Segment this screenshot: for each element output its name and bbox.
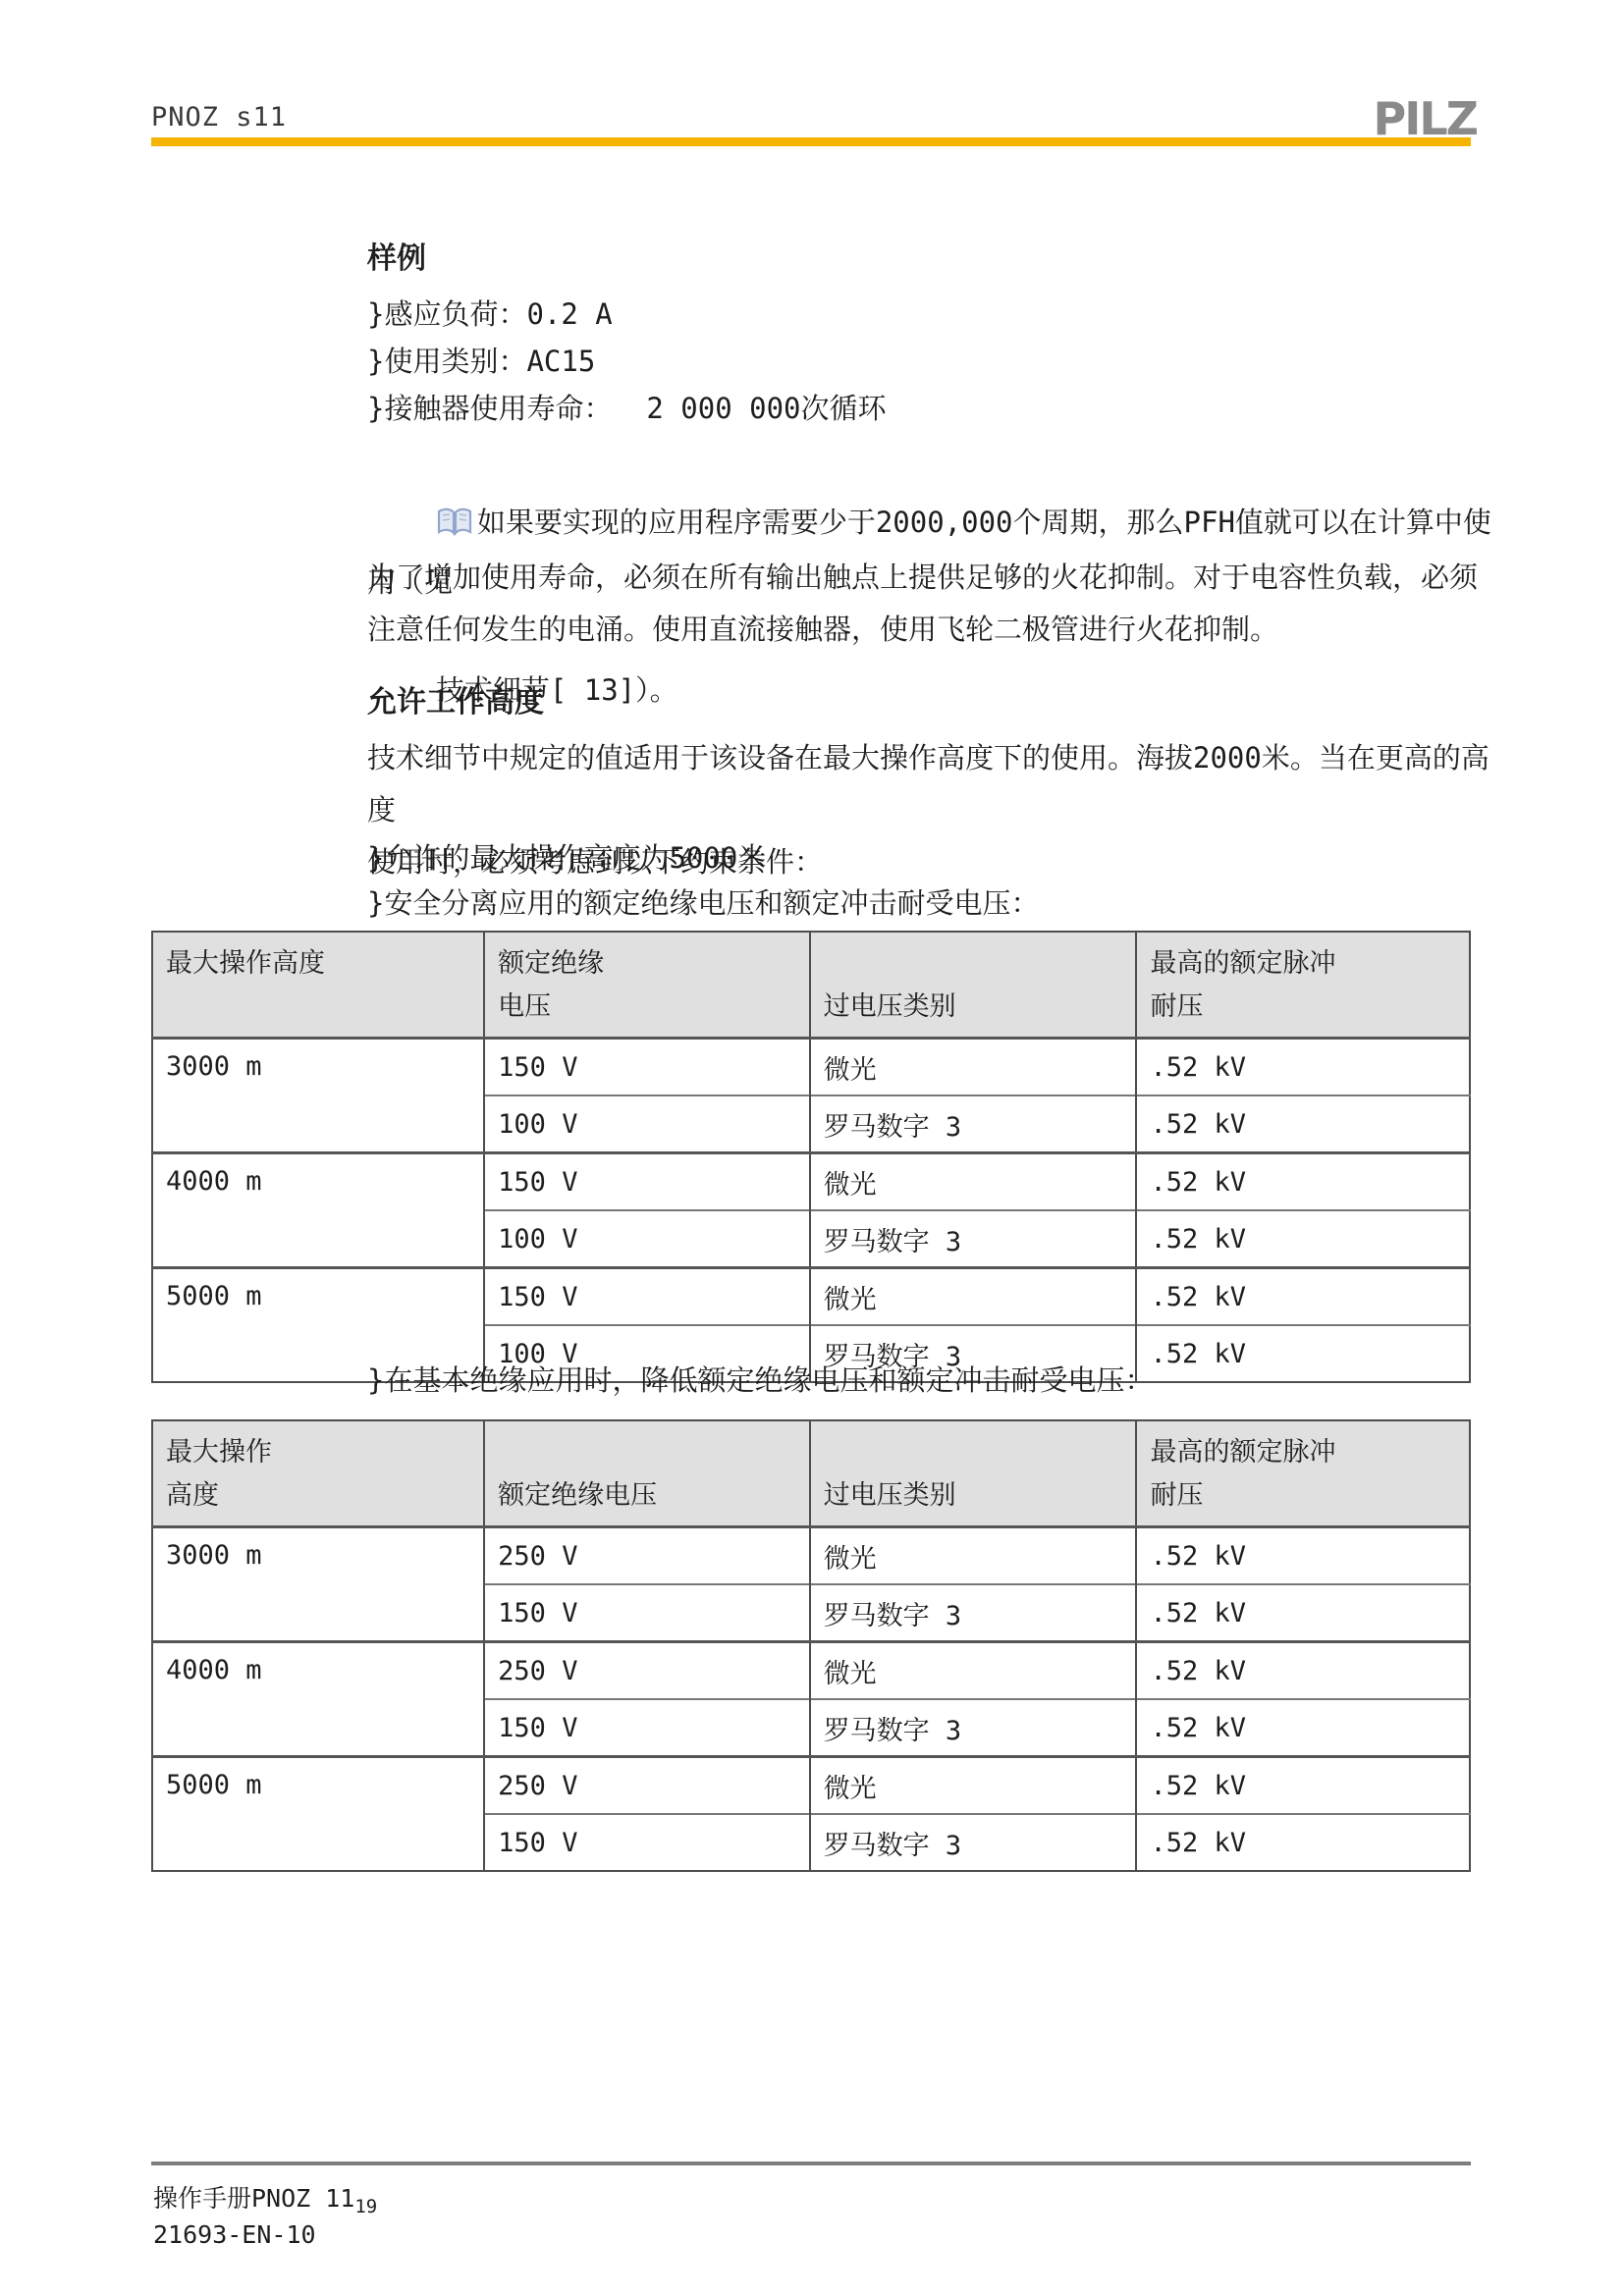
table-row: 4000 m150 V微光.52 kV — [152, 1153, 1470, 1211]
pilz-logo: PILZ — [1374, 96, 1478, 141]
table-row: 3000 m250 V微光.52 kV — [152, 1527, 1470, 1585]
table-cell: 罗马数字 3 — [810, 1699, 1137, 1757]
max-height-cell: 3000 m — [152, 1039, 484, 1153]
safe-separation-bullet: }安全分离应用的额定绝缘电压和额定冲击耐受电压： — [367, 880, 1496, 927]
sample-bullet-list: }感应负荷：0.2 A}使用类别：AC15}接触器使用寿命： 2 000 000… — [367, 291, 1496, 432]
table-cell: .52 kV — [1136, 1527, 1470, 1585]
column-header: 过电压类别 — [810, 1420, 1137, 1527]
table-row: 5000 m150 V微光.52 kV — [152, 1268, 1470, 1326]
column-header: 额定绝缘电压 — [484, 1420, 809, 1527]
table-cell: 微光 — [810, 1039, 1137, 1096]
table-cell: 150 V — [484, 1268, 809, 1326]
column-header: 最大操作 高度 — [152, 1420, 484, 1527]
table-cell: 150 V — [484, 1039, 809, 1096]
altitude-section-title: 允许工作高度 — [367, 683, 1496, 722]
document-id: PNOZ s11 — [151, 102, 287, 133]
table-cell: 微光 — [810, 1153, 1137, 1211]
max-height-cell: 4000 m — [152, 1642, 484, 1757]
table-cell: 150 V — [484, 1584, 809, 1642]
table-cell: 微光 — [810, 1527, 1137, 1585]
table-row: 3000 m150 V微光.52 kV — [152, 1039, 1470, 1096]
table-cell: 微光 — [810, 1268, 1137, 1326]
table-cell: 150 V — [484, 1814, 809, 1871]
column-header: 额定绝缘 电压 — [484, 932, 809, 1039]
max-altitude-bullet: }允许的最大操作高度为5000米 — [367, 834, 1496, 881]
basic-insulation-voltage-table: 最大操作 高度额定绝缘电压过电压类别最高的额定脉冲 耐压3000 m250 V微… — [151, 1419, 1471, 1872]
footer-doc-code: 21693-EN-10 — [153, 2220, 316, 2249]
table-cell: 罗马数字 3 — [810, 1584, 1137, 1642]
max-height-cell: 3000 m — [152, 1527, 484, 1642]
max-height-cell: 5000 m — [152, 1757, 484, 1872]
page-number: 19 — [354, 2196, 377, 2217]
column-header: 过电压类别 — [810, 932, 1137, 1039]
column-header: 最高的额定脉冲 耐压 — [1136, 1420, 1470, 1527]
table-cell: 100 V — [484, 1210, 809, 1268]
column-header: 最高的额定脉冲 耐压 — [1136, 932, 1470, 1039]
bullet-line: }使用类别：AC15 — [367, 338, 1496, 385]
table-cell: .52 kV — [1136, 1039, 1470, 1096]
table-cell: .52 kV — [1136, 1814, 1470, 1871]
table-cell: 微光 — [810, 1757, 1137, 1815]
safe-separation-voltage-table: 最大操作高度额定绝缘 电压过电压类别最高的额定脉冲 耐压3000 m150 V微… — [151, 931, 1471, 1383]
table-header-row: 最大操作 高度额定绝缘电压过电压类别最高的额定脉冲 耐压 — [152, 1420, 1470, 1527]
table-cell: 150 V — [484, 1153, 809, 1211]
manual-page: PNOZ s11 PILZ 样例 }感应负荷：0.2 A}使用类别：AC15}接… — [0, 0, 1624, 2296]
table-cell: 罗马数字 3 — [810, 1095, 1137, 1153]
paragraph-line: 技术细节中规定的值适用于该设备在最大操作高度下的使用。海拔2000米。当在更高的… — [367, 732, 1496, 836]
table-cell: 250 V — [484, 1642, 809, 1700]
header-accent-bar — [151, 137, 1471, 146]
sample-section-title: 样例 — [367, 240, 1496, 279]
bullet-line: }感应负荷：0.2 A — [367, 291, 1496, 338]
table-cell: .52 kV — [1136, 1699, 1470, 1757]
column-header: 最大操作高度 — [152, 932, 484, 1039]
basic-insulation-bullet: }在基本绝缘应用时，降低额定绝缘电压和额定冲击耐受电压： — [367, 1357, 1496, 1404]
table-cell: .52 kV — [1136, 1153, 1470, 1211]
table-cell: .52 kV — [1136, 1095, 1470, 1153]
spark-suppression-paragraph: 为了增加使用寿命，必须在所有输出触点上提供足够的火花抑制。对于电容性负载，必须注… — [367, 552, 1496, 656]
table-cell: .52 kV — [1136, 1268, 1470, 1326]
table-row: 5000 m250 V微光.52 kV — [152, 1757, 1470, 1815]
paragraph-line: 为了增加使用寿命，必须在所有输出触点上提供足够的火花抑制。对于电容性负载，必须 — [367, 552, 1496, 604]
table-cell: 罗马数字 3 — [810, 1210, 1137, 1268]
table-row: 4000 m250 V微光.52 kV — [152, 1642, 1470, 1700]
table-cell: 150 V — [484, 1699, 809, 1757]
manual-title-text: 操作手册PNOZ 11 — [153, 2184, 354, 2213]
table-cell: 100 V — [484, 1095, 809, 1153]
bullet-line: }接触器使用寿命： 2 000 000次循环 — [367, 385, 1496, 432]
paragraph-line: 注意任何发生的电涌。使用直流接触器，使用飞轮二极管进行火花抑制。 — [367, 604, 1496, 656]
table-cell: .52 kV — [1136, 1642, 1470, 1700]
table-cell: 罗马数字 3 — [810, 1814, 1137, 1871]
table-header-row: 最大操作高度额定绝缘 电压过电压类别最高的额定脉冲 耐压 — [152, 932, 1470, 1039]
max-height-cell: 4000 m — [152, 1153, 484, 1268]
footer-rule — [151, 2162, 1471, 2165]
footer-manual-title: 操作手册PNOZ 1119 — [153, 2179, 377, 2217]
table-cell: 250 V — [484, 1757, 809, 1815]
table-cell: 微光 — [810, 1642, 1137, 1700]
table-cell: .52 kV — [1136, 1757, 1470, 1815]
table-cell: .52 kV — [1136, 1584, 1470, 1642]
table-cell: .52 kV — [1136, 1210, 1470, 1268]
open-book-icon — [436, 502, 473, 556]
table-cell: 250 V — [484, 1527, 809, 1585]
